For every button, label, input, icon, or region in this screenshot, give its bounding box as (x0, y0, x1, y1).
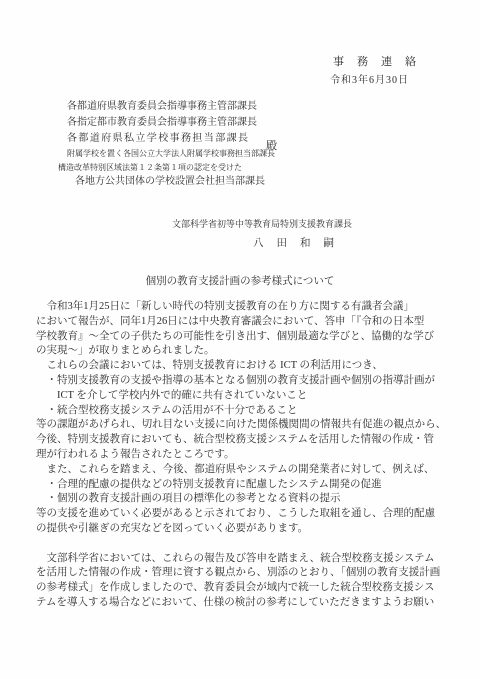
body-line: ICT を介して学校内外で的確に共有されていないこと (36, 389, 448, 404)
body-line: を活用した情報の作成・管理に資する観点から、別添のとおり、「個別の教育支援計画 (36, 566, 448, 581)
body-line: ・統合型校務支援システムの活用が不十分であること (36, 404, 448, 419)
recipient-line: 構造改革特別区域法第１２条第１項の認定を受けた (58, 161, 275, 175)
recipient-list: 各都道府県教育委員会指導事務主管部課長 各指定都市教育委員会指導事務主管部課長 … (58, 99, 275, 190)
recipient-line: 各都道府県私立学校事務担当部課長 (58, 131, 275, 147)
doc-type-label: 事務連絡 (333, 53, 429, 69)
honorific-dono: 殿 (266, 137, 277, 153)
sender-name: 八田和嗣 (253, 235, 347, 250)
body-line: 文部科学省においては、これらの報告及び答申を踏まえ、統合型校務支援システム (36, 552, 448, 567)
subject-title: 個別の教育支援計画の参考様式について (0, 273, 480, 288)
body-line: 学校教育』～全ての子供たちの可能性を引き出す、個別最適な学びと、協働的な学び (36, 330, 448, 345)
body-line: 今後、特別支援教育においても、統合型校務支援システムを活用した情報の作成・管 (36, 433, 448, 448)
body-line: 等の支援を進めていく必要があると示されており、こうした取組を通し、合理的配慮 (36, 507, 448, 522)
sender-title: 文部科学省初等中等教育局特別支援教育課長 (172, 217, 352, 230)
recipient-line: 各地方公共団体の学校設置会社担当部課長 (58, 174, 275, 190)
body-line: これらの会議においては、特別支援教育における ICT の利活用につき、 (36, 359, 448, 374)
document-page: 事務連絡 令和3年6月30日 各都道府県教育委員会指導事務主管部課長 各指定都市… (0, 0, 480, 679)
body-line: 令和3年1月25日に「新しい時代の特別支援教育の在り方に関する有識者会議」 (36, 300, 448, 315)
doc-date: 令和3年6月30日 (330, 71, 409, 86)
body-text: 令和3年1月25日に「新しい時代の特別支援教育の在り方に関する有識者会議」 にお… (36, 300, 448, 611)
body-line: 等の課題があげられ、切れ目ない支援に向けた関係機関間の情報共有促進の観点から、 (36, 418, 448, 433)
body-line: 理が行われるよう報告されたところです。 (36, 448, 448, 463)
recipient-line: 附属学校を置く各国公立大学法人附属学校事務担当部課長 (58, 147, 275, 161)
recipient-line: 各指定都市教育委員会指導事務主管部課長 (58, 115, 275, 131)
body-line: ・特別支援教育の支援や指導の基本となる個別の教育支援計画や個別の指導計画が (36, 374, 448, 389)
body-line: ・合理的配慮の提供などの特別支援教育に配慮したシステム開発の促進 (36, 478, 448, 493)
recipient-line: 各都道府県教育委員会指導事務主管部課長 (58, 99, 275, 115)
body-line: において報告が、同年1月26日には中央教育審議会において、答申「『令和の日本型 (36, 315, 448, 330)
body-line (36, 537, 448, 552)
body-line: の提供や引継ぎの充実などを図っていく必要があります。 (36, 522, 448, 537)
body-line: テムを導入する場合などにおいて、仕様の検討の参考にしていただきますようお願い (36, 596, 448, 611)
body-line: の参考様式」を作成しましたので、教育委員会が域内で統一した統合型校務支援シス (36, 581, 448, 596)
body-line: また、これらを踏まえ、今後、都道府県やシステムの開発業者に対して、例えば、 (36, 463, 448, 478)
body-line: の実現～」が取りまとめられました。 (36, 344, 448, 359)
body-line: ・個別の教育支援計画の項目の標準化の参考となる資料の提示 (36, 492, 448, 507)
